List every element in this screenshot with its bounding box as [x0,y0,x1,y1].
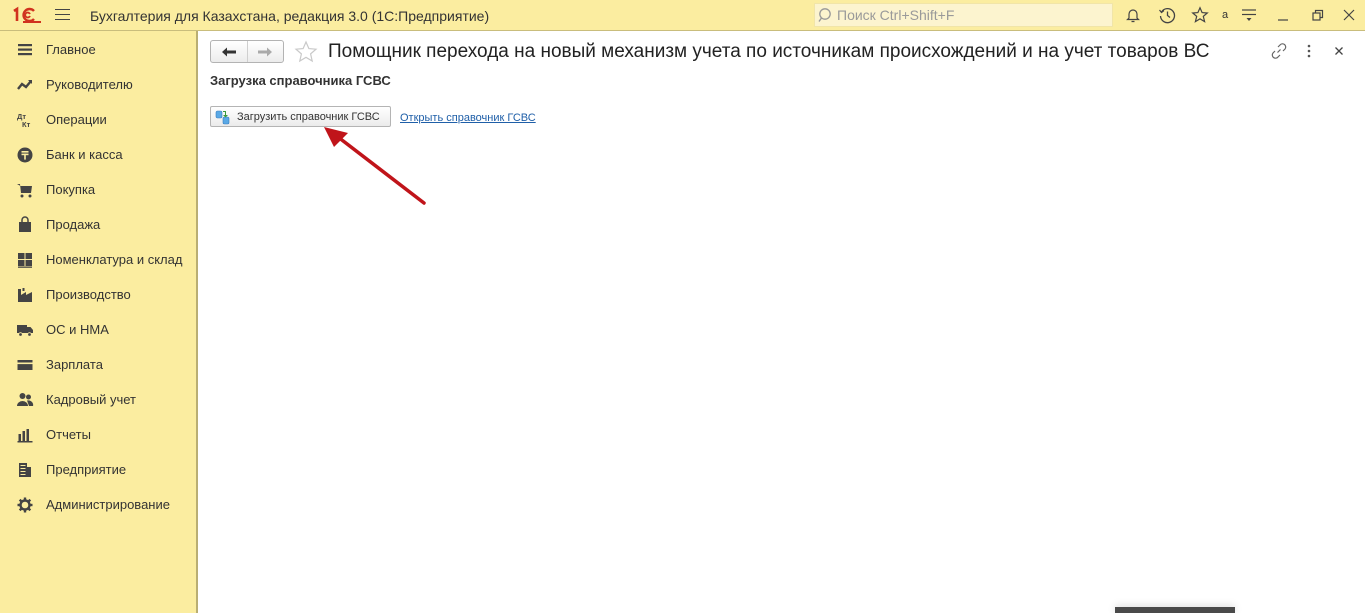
back-button[interactable] [211,41,247,62]
sidebar-item-manager[interactable]: Руководителю [0,67,196,102]
close-form-icon[interactable] [1330,42,1348,60]
sidebar-item-reports[interactable]: Отчеты [0,417,196,452]
sidebar-item-assets[interactable]: ОС и НМА [0,312,196,347]
add-to-favorites-star-icon[interactable] [294,40,318,64]
section-title: Загрузка справочника ГСВС [210,73,391,88]
bar-chart-icon [16,426,34,444]
search-input[interactable] [837,7,1097,23]
menu-lines-icon [16,41,34,59]
sidebar-item-label: Администрирование [46,497,170,512]
sidebar-item-sales[interactable]: Продажа [0,207,196,242]
sidebar-item-label: Банк и касса [46,147,123,162]
sidebar-item-bank[interactable]: Банк и касса [0,137,196,172]
truck-icon [16,321,34,339]
sidebar-item-label: Продажа [46,217,100,232]
1c-logo-icon [12,6,42,24]
sidebar-item-label: Главное [46,42,96,57]
sidebar-item-administration[interactable]: Администрирование [0,487,196,522]
database-load-icon [215,109,231,125]
shopping-bag-icon [16,216,34,234]
sidebar-item-production[interactable]: Производство [0,277,196,312]
sidebar-item-label: ОС и НМА [46,322,109,337]
global-search[interactable] [814,3,1113,27]
open-gsvs-link[interactable]: Открыть справочник ГСВС [400,112,536,124]
sidebar-item-operations[interactable]: ДтКт Операции [0,102,196,137]
form-area: Помощник перехода на новый механизм учет… [198,31,1365,613]
svg-text:Кт: Кт [22,120,31,129]
bell-icon[interactable] [1124,6,1142,24]
settings-filter-icon[interactable] [1240,6,1258,24]
load-gsvs-button[interactable]: Загрузить справочник ГСВС [210,106,391,127]
sidebar-item-label: Номенклатура и склад [46,252,182,267]
title-bar: Бухгалтерия для Казахстана, редакция 3.0… [0,0,1365,31]
building-icon [16,461,34,479]
tenge-coin-icon [16,146,34,164]
form-title: Помощник перехода на новый механизм учет… [328,41,1209,63]
sidebar-item-hr[interactable]: Кадровый учет [0,382,196,417]
arrow-left-icon [221,46,237,58]
close-icon[interactable] [1340,6,1358,24]
sidebar-item-label: Предприятие [46,462,126,477]
people-icon [16,391,34,409]
forward-button[interactable] [247,41,284,62]
wallet-card-icon [16,356,34,374]
load-gsvs-button-label: Загрузить справочник ГСВС [237,111,380,123]
restore-icon[interactable] [1308,6,1326,24]
sidebar-item-label: Зарплата [46,357,103,372]
sidebar-item-inventory[interactable]: Номенклатура и склад [0,242,196,277]
sidebar-item-label: Руководителю [46,77,133,92]
bottom-popup-panel [1115,607,1235,613]
app-title: Бухгалтерия для Казахстана, редакция 3.0… [90,8,489,24]
warehouse-grid-icon [16,251,34,269]
main-menu-icon[interactable] [55,9,70,21]
debit-credit-icon: ДтКт [16,111,34,129]
search-icon [818,7,834,23]
annotation-arrow-icon [318,125,438,215]
gear-icon [16,496,34,514]
sidebar-item-label: Операции [46,112,107,127]
sidebar-item-purchase[interactable]: Покупка [0,172,196,207]
sidebar-item-label: Покупка [46,182,95,197]
sidebar-item-label: Отчеты [46,427,91,442]
favorites-star-icon[interactable] [1191,6,1209,24]
more-actions-icon[interactable] [1300,42,1318,60]
link-icon[interactable] [1270,42,1288,60]
trend-chart-icon [16,76,34,94]
arrow-right-icon [257,46,273,58]
history-nav [210,40,284,63]
user-initial[interactable]: a [1222,9,1228,21]
sidebar-item-salary[interactable]: Зарплата [0,347,196,382]
sections-sidebar: Главное Руководителю ДтКт Операции Банк … [0,31,198,613]
minimize-icon[interactable] [1274,6,1292,24]
cart-icon [16,181,34,199]
history-icon[interactable] [1158,6,1176,24]
factory-icon [16,286,34,304]
sidebar-item-label: Производство [46,287,131,302]
sidebar-item-label: Кадровый учет [46,392,136,407]
sidebar-item-main[interactable]: Главное [0,32,196,67]
sidebar-item-enterprise[interactable]: Предприятие [0,452,196,487]
